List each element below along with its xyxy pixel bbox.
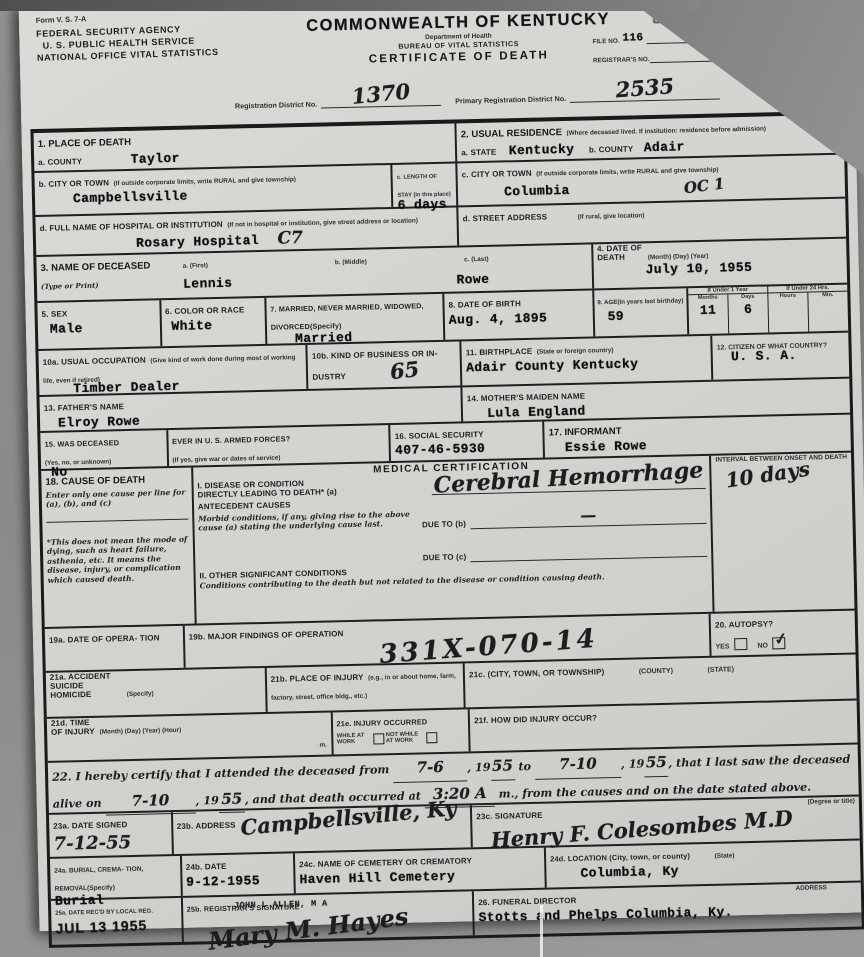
birth-date-label: 8. DATE OF BIRTH xyxy=(448,299,521,310)
injury-time-m: m. xyxy=(51,742,327,755)
age-months-cell: Months 11 xyxy=(688,295,728,335)
age-days-cell: Days 6 xyxy=(727,294,768,334)
birth-date-value: Aug. 4, 1895 xyxy=(449,310,589,328)
armed-note-2: (If yes, give war or dates of service) xyxy=(172,455,280,464)
street-label: d. STREET ADDRESS xyxy=(463,212,548,223)
county-value: Taylor xyxy=(130,151,180,167)
certify-p1: I hereby certify that I attended the dec… xyxy=(75,762,389,783)
burial-label: 24a. BURIAL, CREMA- TION, REMOVAL(Specif… xyxy=(54,866,143,893)
last-name-label: c. (Last) xyxy=(464,256,489,264)
field-date-signed: 23a. DATE SIGNED 7-12-55 xyxy=(49,812,171,857)
race-label: 6. COLOR OR RACE xyxy=(165,305,244,316)
months-value: 11 xyxy=(700,302,717,317)
death-date-label: 4. DATE OF DEATH xyxy=(597,244,643,263)
residence-city-label: c. CITY OR TOWN xyxy=(462,169,532,180)
scanned-death-certificate: Form V. S. 7-A FEDERAL SECURITY AGENCY U… xyxy=(0,0,864,957)
residence-city-value: Columbia xyxy=(504,183,570,199)
field-residence-city: c. CITY OR TOWN (If outside corporate li… xyxy=(455,155,845,206)
birthplace-note: (State or foreign country) xyxy=(537,347,614,356)
county-label: a. COUNTY xyxy=(38,157,82,167)
field-age: 9. AGE(In years last birthday) 59 If Und… xyxy=(592,285,848,337)
cause-note-2: *This does not mean the mode of dying, s… xyxy=(47,535,190,586)
scanner-top-edge xyxy=(0,0,700,11)
injury-state-label: (STATE) xyxy=(707,666,734,674)
primary-district-value: 2535 xyxy=(615,73,675,102)
cause-note-1: Enter only one cause per line for (a), (… xyxy=(46,488,188,510)
city-note: (If outside corporate limits, write RURA… xyxy=(113,176,296,187)
middle-name-label: b. (Middle) xyxy=(335,259,367,267)
accident-note: (Specify) xyxy=(127,690,154,698)
age-label: 9. AGE(In years last birthday) xyxy=(597,297,683,306)
field-marital-status: 7. MARRIED, NEVER MARRIED, WIDOWED, DIVO… xyxy=(264,294,443,344)
injury-occurred-label: 21e. INJURY OCCURRED xyxy=(336,717,427,728)
field-date-of-birth: 8. DATE OF BIRTH Aug. 4, 1895 xyxy=(442,290,593,339)
certify-p6: , 19 xyxy=(195,793,219,808)
min-label: Min. xyxy=(808,292,847,299)
field-how-injury-occurred: 21f. HOW DID INJURY OCCUR? xyxy=(468,701,858,752)
registrar-typed-name: JOHN L ALLEN, M A xyxy=(234,899,328,911)
first-name-value: Lennis xyxy=(183,273,325,291)
sex-label: 5. SEX xyxy=(42,309,68,319)
injury-time-label: 21d. TIME OF INJURY xyxy=(51,719,95,738)
occupation-label: 10a. USUAL OCCUPATION xyxy=(43,356,146,367)
residence-city-hand-note: OC 1 xyxy=(683,174,726,197)
ssn-value: 407-46-5930 xyxy=(395,440,539,458)
birthplace-label: 11. BIRTHPLACE xyxy=(466,347,533,358)
middle-name-value xyxy=(325,267,456,270)
file-no-label: FILE NO. xyxy=(593,38,620,46)
days-label: Days xyxy=(728,294,767,301)
certify-p8: m., from the causes and on the date stat… xyxy=(499,779,812,800)
field-burial-type: 24a. BURIAL, CREMA- TION, REMOVAL(Specif… xyxy=(50,856,180,899)
field-funeral-director: 26. FUNERAL DIRECTOR ADDRESS Stotts and … xyxy=(472,882,862,935)
field-interval-onset-death: INTERVAL BETWEEN ONSET AND DEATH 10 days xyxy=(709,453,854,612)
certify-to-date: 7-10 xyxy=(559,751,597,777)
autopsy-yes-checkbox xyxy=(734,638,747,650)
cemetery-label: 24c. NAME OF CEMETERY OR CREMATORY xyxy=(299,856,472,869)
field-date-of-operation: 19a. DATE OF OPERA- TION xyxy=(45,626,184,671)
field-autopsy: 20. AUTOPSY? YES NO ✓ xyxy=(709,611,856,656)
death-date-cols: (Month) (Day) (Year) xyxy=(648,253,709,261)
burial-location-label: 24d. LOCATION (City, town, or county) xyxy=(550,851,690,863)
burial-location-note: (State) xyxy=(714,852,734,859)
field-industry: 10b. KIND OF BUSINESS OR IN- DUSTRY 65 xyxy=(306,341,461,388)
field-injury-occurred: 21e. INJURY OCCURRED WHILE AT WORK NOT W… xyxy=(330,709,469,754)
hospital-value: Rosary Hospital xyxy=(136,233,259,251)
autopsy-yes-label: YES xyxy=(715,643,729,650)
certificate-form: 1. PLACE OF DEATH a. COUNTY Taylor 2. US… xyxy=(30,111,864,948)
field-color-race: 6. COLOR OR RACE White xyxy=(159,298,265,346)
funeral-address-label: ADDRESS xyxy=(795,884,826,892)
ssn-label: 16. SOCIAL SECURITY xyxy=(395,430,484,441)
field-citizen: 12. CITIZEN OF WHAT COUNTRY? U. S. A. xyxy=(711,333,850,380)
informant-label: 17. INFORMANT xyxy=(549,426,622,439)
residence-state-value: Kentucky xyxy=(509,142,575,158)
autopsy-no-label: NO xyxy=(757,643,768,650)
injury-time-cols: (Month) (Day) (Year) (Hour) xyxy=(99,727,181,736)
cemetery-value: Haven Hill Cemetery xyxy=(299,867,540,887)
industry-hand-value: 65 xyxy=(389,356,421,384)
title-block: COMMONWEALTH OF KENTUCKY Department of H… xyxy=(293,10,624,67)
injury-at-work-label: WHILE AT WORK xyxy=(337,733,371,747)
residence-title-note: (Where deceased lived. If institution: r… xyxy=(566,125,766,137)
birthplace-value: Adair County Kentucky xyxy=(466,355,707,375)
field-physician-signature: 23c. SIGNATURE (Degree or title) Henry F… xyxy=(470,797,860,848)
injury-county-label: (COUNTY) xyxy=(639,668,673,676)
field-occupation: 10a. USUAL OCCUPATION (Give kind of work… xyxy=(38,345,306,395)
age-min-cell: Min. xyxy=(807,292,848,332)
armed-label-2: EVER IN U. S. ARMED FORCES? xyxy=(172,434,291,446)
months-label: Months xyxy=(688,295,727,302)
residence-city-note: (If outside corporate limits, write RURA… xyxy=(536,167,719,178)
injury-not-at-work-checkbox xyxy=(426,732,437,743)
death-date-value: July 10, 1955 xyxy=(645,258,842,277)
autopsy-no-checkbox: ✓ xyxy=(772,637,785,649)
residence-county-value: Adair xyxy=(644,139,685,155)
field-sex: 5. SEX Male xyxy=(37,300,160,349)
age-hours-cell: Hours xyxy=(767,293,808,333)
name-title-note: (Type or Print) xyxy=(41,281,99,291)
scan-scratch-artifact xyxy=(540,905,543,957)
mother-label: 14. MOTHER'S MAIDEN NAME xyxy=(467,392,586,404)
certify-p5: , that I last saw the deceased xyxy=(668,752,850,770)
field-cause-of-death: 18. CAUSE OF DEATH Enter only one cause … xyxy=(41,468,194,627)
certificate-paper: Form V. S. 7-A FEDERAL SECURITY AGENCY U… xyxy=(19,0,864,931)
due-to-c-label: DUE TO (c) xyxy=(423,553,467,563)
field-was-deceased: 15. WAS DECEASED (Yes, no, or unknown) N… xyxy=(40,430,166,469)
injury-city-label: 21c. (CITY, TOWN, OR TOWNSHIP) xyxy=(469,667,604,679)
certify-from-year: 55 xyxy=(492,753,513,779)
armed-label: 15. WAS DECEASED xyxy=(44,438,119,449)
city-value: Campbellsville xyxy=(73,184,388,206)
field-informant: 17. INFORMANT Essie Rowe xyxy=(542,415,851,458)
agency-block: Form V. S. 7-A FEDERAL SECURITY AGENCY U… xyxy=(36,10,219,64)
days-value: 6 xyxy=(744,301,753,316)
field-date-of-death: 4. DATE OF DEATH (Month) (Day) (Year) Ju… xyxy=(591,239,847,289)
date-received-label: 25a. DATE REC'D BY LOCAL REG. xyxy=(55,909,153,917)
residence-state-label: a. STATE xyxy=(461,148,496,158)
primary-district-label: Primary Registration District No. xyxy=(455,95,566,105)
accident-label: 21a. ACCIDENT SUICIDE HOMICIDE xyxy=(50,672,123,700)
father-label: 13. FATHER'S NAME xyxy=(44,402,125,413)
race-value: White xyxy=(171,317,261,334)
field-armed-forces: EVER IN U. S. ARMED FORCES? (If yes, giv… xyxy=(166,425,390,466)
due-to-b-label: DUE TO (b) xyxy=(422,520,466,530)
autopsy-label: 20. AUTOPSY? xyxy=(715,619,773,629)
field-burial-location: 24d. LOCATION (City, town, or county) (S… xyxy=(544,841,861,888)
field-cemetery-name: 24c. NAME OF CEMETERY OR CREMATORY Haven… xyxy=(293,848,545,894)
hospital-note: (If not in hospital or institution, give… xyxy=(227,217,418,228)
certify-from-date: 7-6 xyxy=(416,755,444,781)
field-accident-suicide-homicide: 21a. ACCIDENT SUICIDE HOMICIDE (Specify) xyxy=(46,668,266,717)
date-signed-label: 23a. DATE SIGNED xyxy=(53,820,127,831)
residence-county-label: b. COUNTY xyxy=(589,144,634,154)
findings-label: 19b. MAJOR FINDINGS OF OPERATION xyxy=(189,629,344,642)
certify-p2: , 19 xyxy=(467,760,491,775)
reg-district-value: 1370 xyxy=(351,79,412,109)
certify-p5b: alive on xyxy=(53,795,102,810)
signature-degree-note: (Degree or title) xyxy=(808,798,855,806)
place-of-death-title: 1. PLACE OF DEATH xyxy=(38,137,131,150)
certify-alive-year: 55 xyxy=(221,786,242,812)
field-physician-address: 23b. ADDRESS Campbellsville, Ky xyxy=(170,805,471,854)
burial-date-label: 24b. DATE xyxy=(186,862,227,872)
field-city-of-death: b. CITY OR TOWN (If outside corporate li… xyxy=(34,165,391,215)
cause-title: 18. CAUSE OF DEATH xyxy=(45,475,145,488)
due-to-b-hand: — xyxy=(580,505,596,524)
signature-label: 23c. SIGNATURE xyxy=(476,811,543,822)
physician-address-label: 23b. ADDRESS xyxy=(177,821,236,831)
first-name-label: a. (First) xyxy=(183,262,208,270)
medical-certification-area: MEDICAL CERTIFICATION I. DISEASE OR COND… xyxy=(191,456,713,624)
field-burial-date: 24b. DATE 9-12-1955 xyxy=(180,853,294,896)
file-no-value: 116 xyxy=(622,32,643,44)
injury-place-label: 21b. PLACE OF INJURY xyxy=(271,673,364,684)
age-under-one-table: If Under 1 Year If Under 24 Hrs. Months … xyxy=(686,285,848,335)
field-place-of-injury: 21b. PLACE OF INJURY (e.g., in or about … xyxy=(264,663,463,711)
certify-alive-date: 7-10 xyxy=(131,788,169,814)
how-injury-label: 21f. HOW DID INJURY OCCUR? xyxy=(474,713,597,725)
street-note: (If rural, give location) xyxy=(578,212,645,221)
city-label: b. CITY OR TOWN xyxy=(39,178,110,189)
operation-date-label: 19a. DATE OF OPERA- TION xyxy=(49,633,160,645)
field-time-of-injury: 21d. TIME OF INJURY (Month) (Day) (Year)… xyxy=(47,712,331,760)
name-title: 3. NAME OF DECEASED xyxy=(40,260,150,273)
date-received-stamp: JUL 13 1955 xyxy=(55,917,147,937)
marital-label: 7. MARRIED, NEVER MARRIED, WIDOWED, DIVO… xyxy=(270,301,424,331)
burial-date-value: 9-12-1955 xyxy=(186,872,290,889)
age-value: 59 xyxy=(607,307,683,324)
certify-p4: , 19 xyxy=(621,756,645,771)
certify-num: 22. xyxy=(52,769,72,783)
date-signed-hand: 7-12-55 xyxy=(53,832,131,855)
field-social-security: 16. SOCIAL SECURITY 407-46-5930 xyxy=(389,422,544,461)
field-date-received: 25a. DATE REC'D BY LOCAL REG. JUL 13 195… xyxy=(51,898,182,945)
injury-not-at-work-label: NOT WHILE AT WORK xyxy=(386,731,424,745)
reg-district-label: Registration District No. xyxy=(235,101,317,111)
injury-at-work-checkbox xyxy=(373,733,384,744)
burial-location-value: Columbia, Ky xyxy=(580,860,856,881)
hours-label: Hours xyxy=(768,293,807,300)
field-length-of-stay: c. LENGTH OF STAY (in this place) 6 days xyxy=(391,164,457,207)
registrar-no-label: REGISTRAR'S NO. xyxy=(593,56,650,64)
certify-p3: to xyxy=(518,759,531,773)
funeral-director-label: 26. FUNERAL DIRECTOR xyxy=(478,896,576,907)
field-injury-location: 21c. (CITY, TOWN, OR TOWNSHIP) (COUNTY) … xyxy=(463,655,857,708)
field-birthplace: 11. BIRTHPLACE (State or foreign country… xyxy=(460,336,712,386)
stay-label: c. LENGTH OF STAY (in this place) xyxy=(397,174,451,199)
hospital-hand-note: C7 xyxy=(277,228,303,249)
certify-to-year: 55 xyxy=(646,750,667,776)
citizen-value: U. S. A. xyxy=(731,347,845,365)
field-registrar-signature: 25b. REGISTRAR'S SIGNATURE JOHN L ALLEN,… xyxy=(180,891,473,942)
antecedent-note: Morbid conditions, if any, giving rise t… xyxy=(198,509,423,568)
sex-value: Male xyxy=(50,319,156,336)
residence-title: 2. USUAL RESIDENCE xyxy=(461,127,562,140)
last-name-value: Rowe xyxy=(456,270,588,288)
autopsy-no-checkmark: ✓ xyxy=(773,628,789,649)
